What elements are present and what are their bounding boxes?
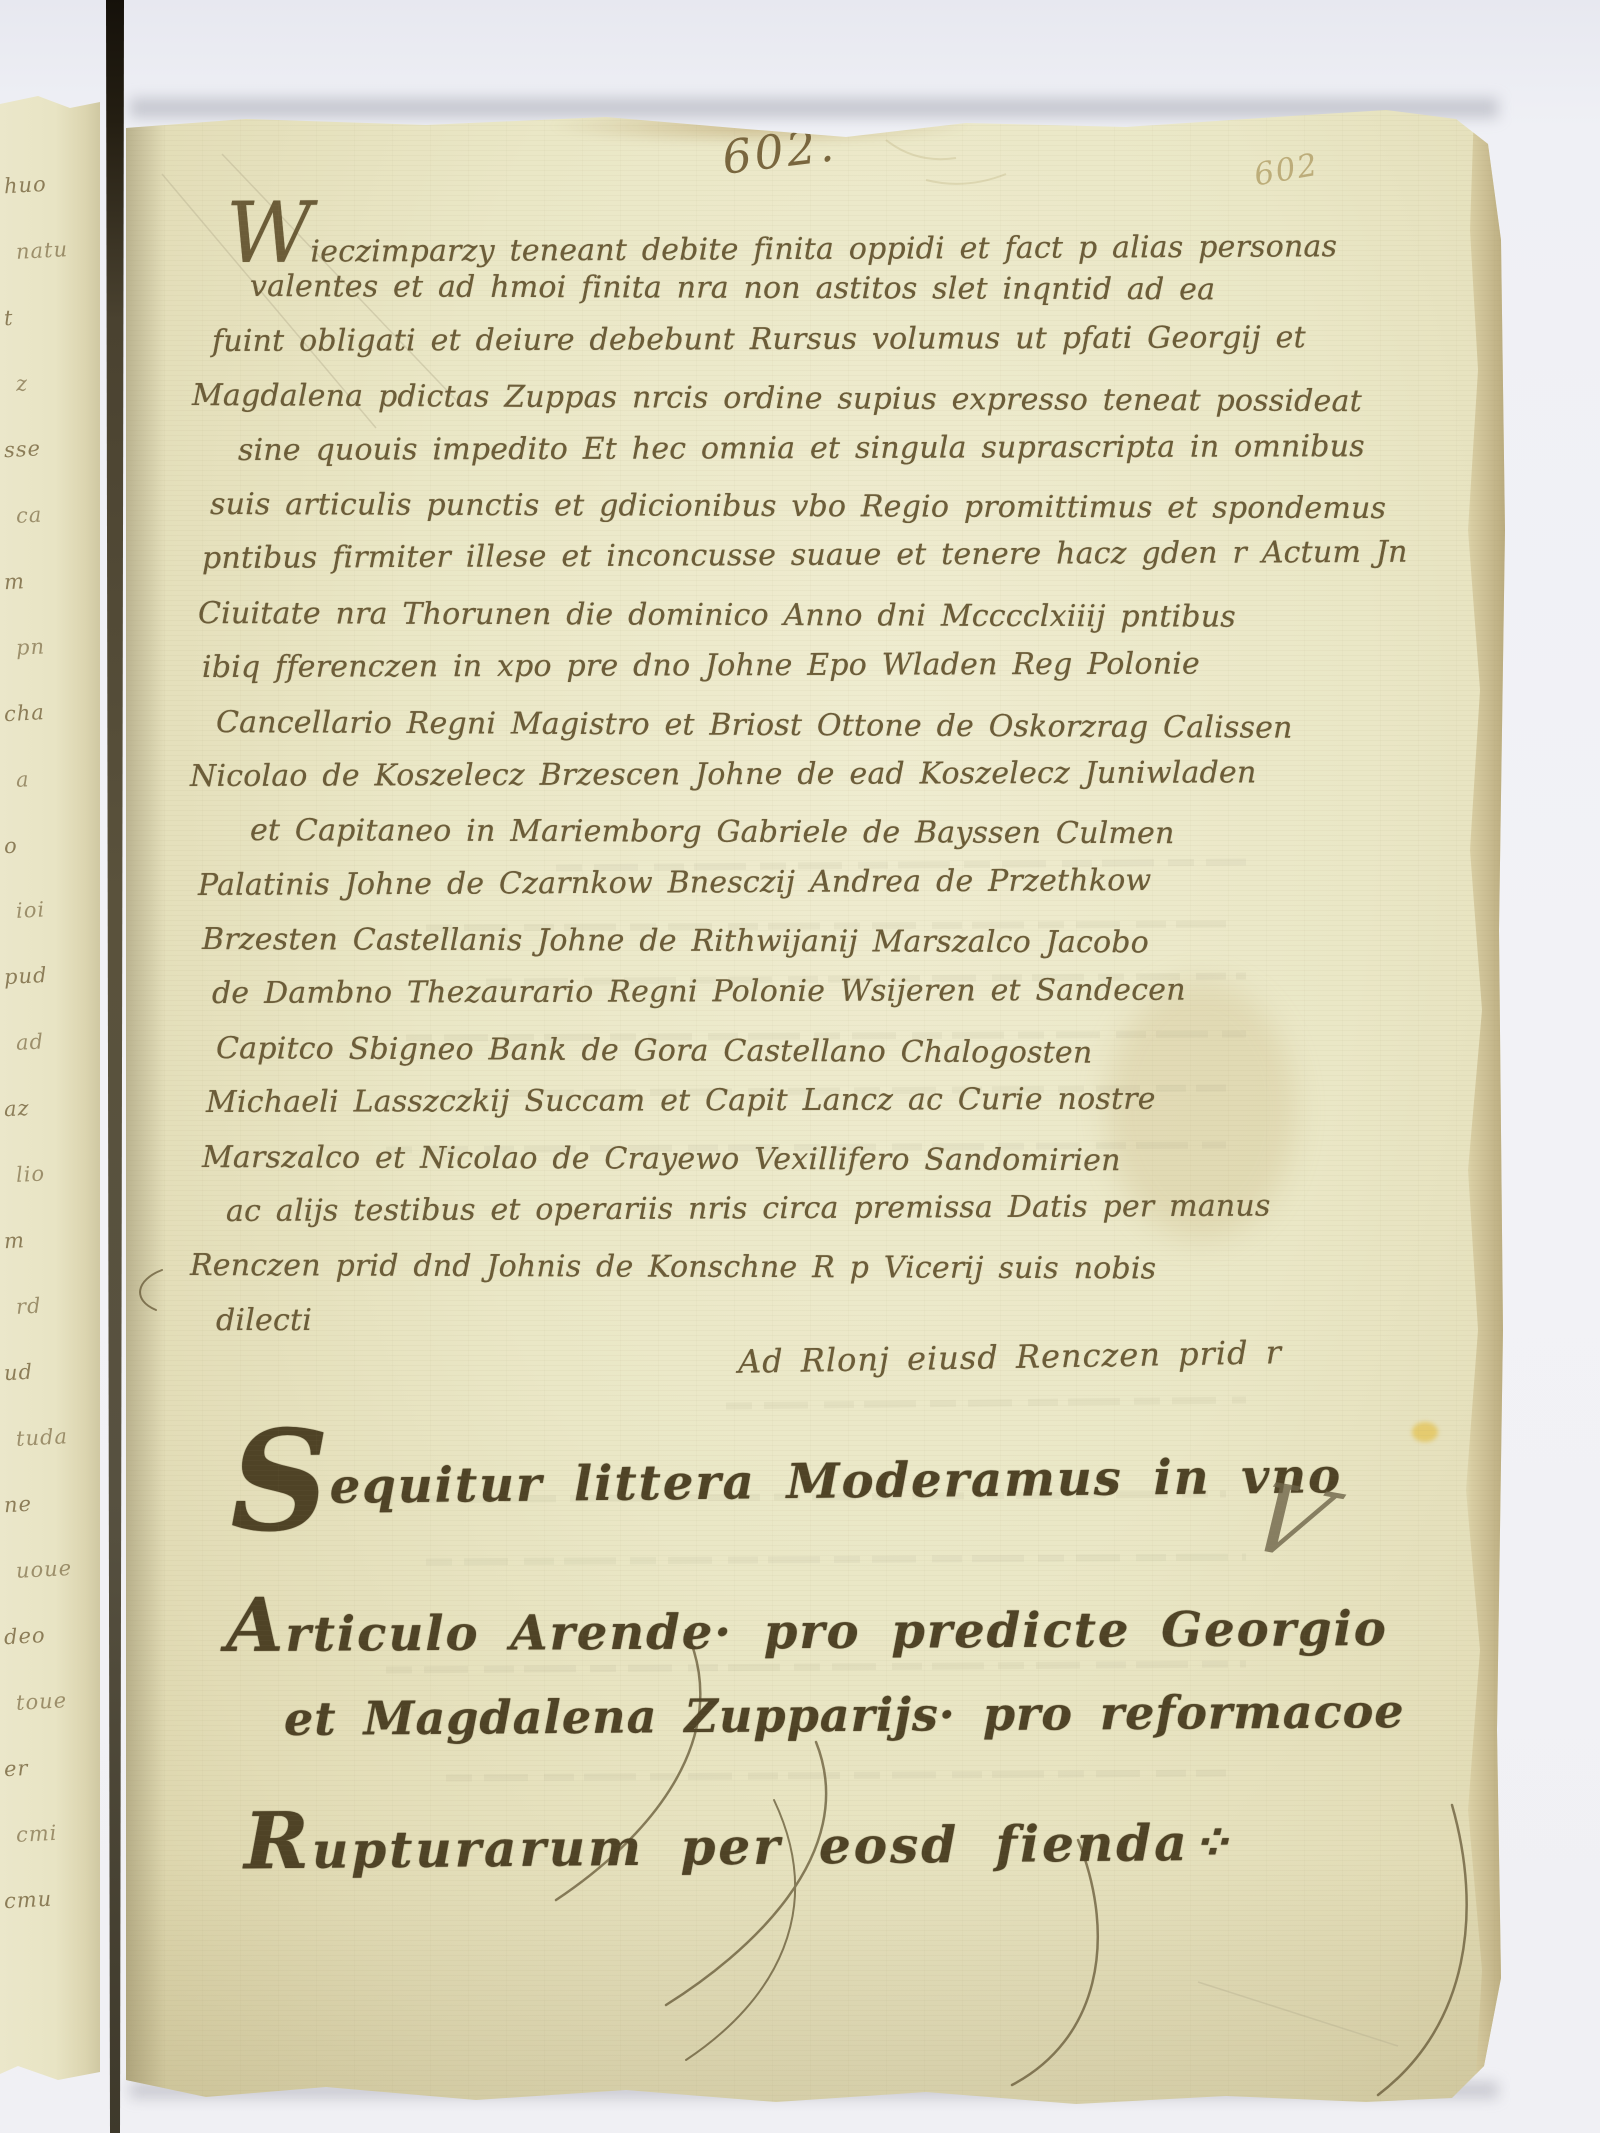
margin-fragment: sse <box>4 436 89 461</box>
manuscript-line: Brzesten Castellanis Johne de Rithwijani… <box>202 915 1190 973</box>
margin-fragment: pn <box>15 634 88 659</box>
docket-heading-line: Articulo Arende· pro predicte Georgio <box>226 1577 1388 1669</box>
manuscript-line: de Dambno Thezaurario Regni Polonie Wsij… <box>212 966 1190 1024</box>
margin-fragment: toue <box>15 1689 88 1714</box>
margin-fragment: ad <box>15 1030 88 1055</box>
facing-page-margin-text: huo natu t z sse ca m pn cha a o ioi pud… <box>4 174 88 1910</box>
margin-fragment: tuda <box>15 1425 88 1450</box>
margin-fragment: cmi <box>15 1821 88 1846</box>
margin-fragment: m <box>4 1227 89 1252</box>
margin-fragment: cmu <box>4 1887 89 1912</box>
manuscript-scan: huo natu t z sse ca m pn cha a o ioi pud… <box>0 0 1600 2133</box>
margin-fragment: az <box>4 1095 89 1120</box>
margin-fragment: ioi <box>15 898 88 923</box>
manuscript-line: pntibus firmiter illese et inconcusse su… <box>202 529 1190 589</box>
margin-fragment: ud <box>4 1359 89 1384</box>
margin-fragment: z <box>15 370 88 395</box>
manuscript-line: ac alijs testibus et operariis nris circ… <box>226 1182 1190 1241</box>
margin-fragment: ne <box>4 1491 89 1516</box>
manuscript-line: valentes et ad hmoi finita nra non astit… <box>250 262 1190 320</box>
facing-page-strip: huo natu t z sse ca m pn cha a o ioi pud… <box>0 96 100 2080</box>
margin-fragment: natu <box>15 238 88 263</box>
manuscript-line: Ciuitate nra Thorunen die dominico Anno … <box>198 589 1190 647</box>
margin-fragment: huo <box>4 172 89 197</box>
manuscript-line: et Capitaneo in Mariemborg Gabriele de B… <box>250 806 1190 864</box>
manuscript-line: Nicolao de Koszelecz Brzescen Johne de e… <box>190 748 1190 806</box>
margin-fragment: ca <box>15 502 88 527</box>
margin-fragment: o <box>4 831 89 856</box>
manuscript-line: Palatinis Johne de Czarnkow Bnesczij And… <box>198 855 1190 915</box>
manuscript-line: Michaeli Lasszczkij Succam et Capit Lanc… <box>206 1075 1190 1133</box>
margin-fragment: t <box>4 304 89 329</box>
manuscript-line: Magdalena pdictas Zuppas nrcis ordine su… <box>192 371 1190 431</box>
docket-heading-line: Rupturarum per eosd fienda⁘ <box>244 1788 1235 1888</box>
manuscript-line: fuint obligati et deiure debebunt Rursus… <box>212 313 1190 371</box>
margin-fragment: m <box>4 568 89 593</box>
margin-fragment: lio <box>15 1161 88 1186</box>
margin-fragment: pud <box>4 963 89 988</box>
page-top-shadow <box>130 98 1498 118</box>
margin-fragment: cha <box>4 699 89 724</box>
binding-gutter <box>99 0 127 2133</box>
margin-fragment: deo <box>4 1623 89 1648</box>
margin-fragment: rd <box>15 1293 88 1318</box>
docket-heading-line: et Magdalena Zupparijs· pro reformacoe <box>284 1684 1405 1746</box>
margin-fragment: uoue <box>15 1557 88 1582</box>
margin-fragment: er <box>4 1755 89 1780</box>
manuscript-line: Wieczimparzy teneant debite finita oppid… <box>226 203 1190 262</box>
manuscript-line: sine quouis impedito Et hec omnia et sin… <box>238 422 1190 480</box>
manuscript-line: ibiq fferenczen in xpo pre dno Johne Epo… <box>202 640 1190 698</box>
manuscript-line: Renczen prid dnd Johnis de Konschne R p … <box>190 1241 1190 1299</box>
docket-heading-line: Sequitur littera Moderamus in vno <box>230 1448 1343 1516</box>
margin-fragment: a <box>15 766 88 791</box>
charter-body: Wieczimparzy teneant debite finita oppid… <box>190 208 1190 1350</box>
manuscript-page: 602. 602 <box>126 110 1506 2110</box>
